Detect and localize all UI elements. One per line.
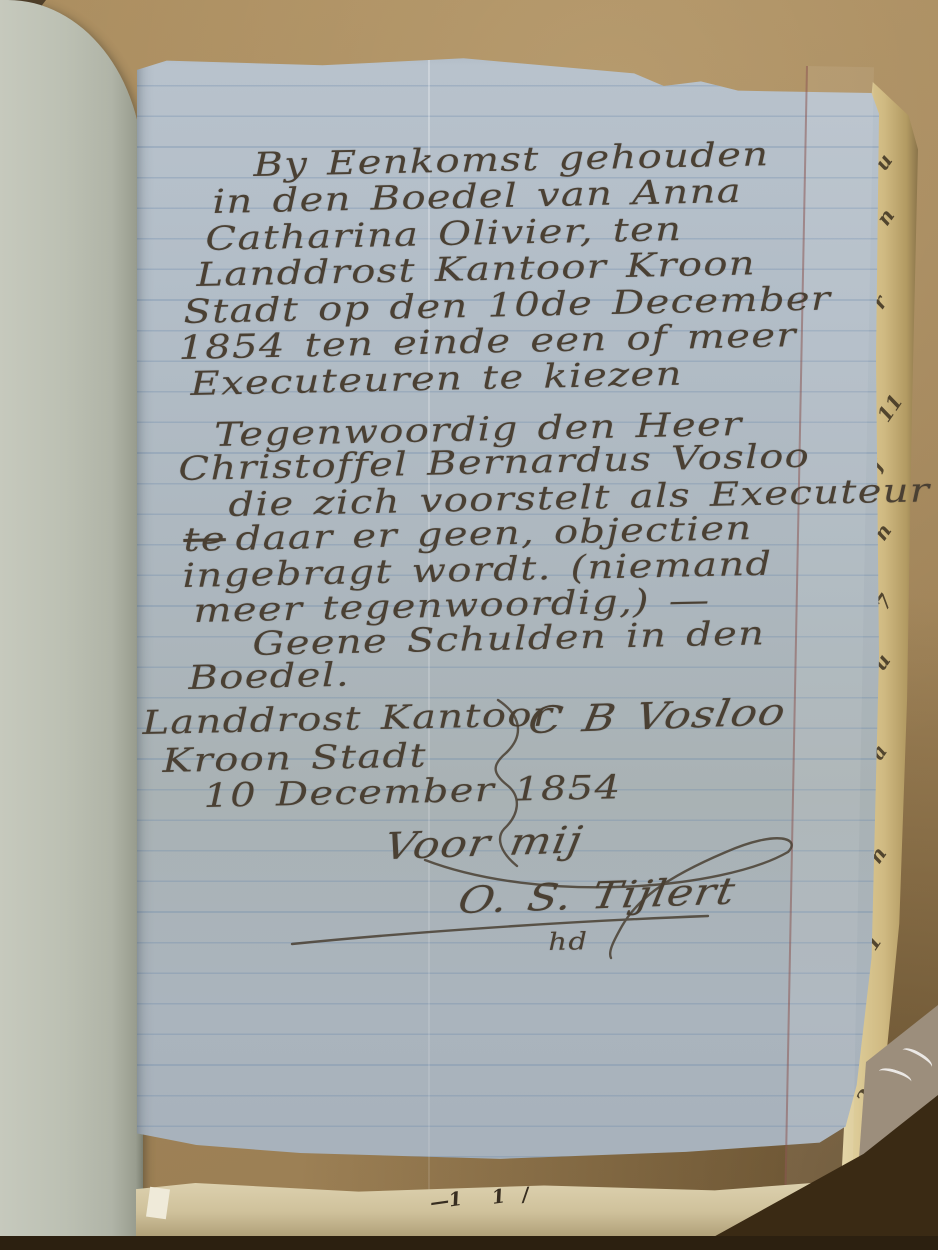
paper-patch bbox=[146, 1187, 170, 1219]
book-spine bbox=[0, 1236, 938, 1250]
left-blank-page bbox=[0, 0, 143, 1247]
struck-out-word: te bbox=[183, 519, 226, 559]
handwritten-line: Boedel. bbox=[188, 658, 350, 696]
bottom-ink-fragment: 1 bbox=[491, 1185, 507, 1209]
dateline-date: 10 December 1854 bbox=[203, 770, 622, 813]
magistrate-signature: O. S. Tijlert bbox=[455, 872, 738, 921]
bottom-ink-fragment: —1 bbox=[429, 1188, 464, 1214]
executor-signature: C B Vosloo bbox=[525, 693, 789, 741]
photo-of-archival-document: u n r 11 f n 7 u a n 1 2 By Eenkomst geh… bbox=[0, 0, 938, 1250]
dateline-office: Landdrost Kantoor bbox=[142, 697, 554, 740]
magistrate-signature-sub: hd bbox=[548, 929, 589, 955]
attestation-text: Voor mij bbox=[381, 821, 586, 867]
